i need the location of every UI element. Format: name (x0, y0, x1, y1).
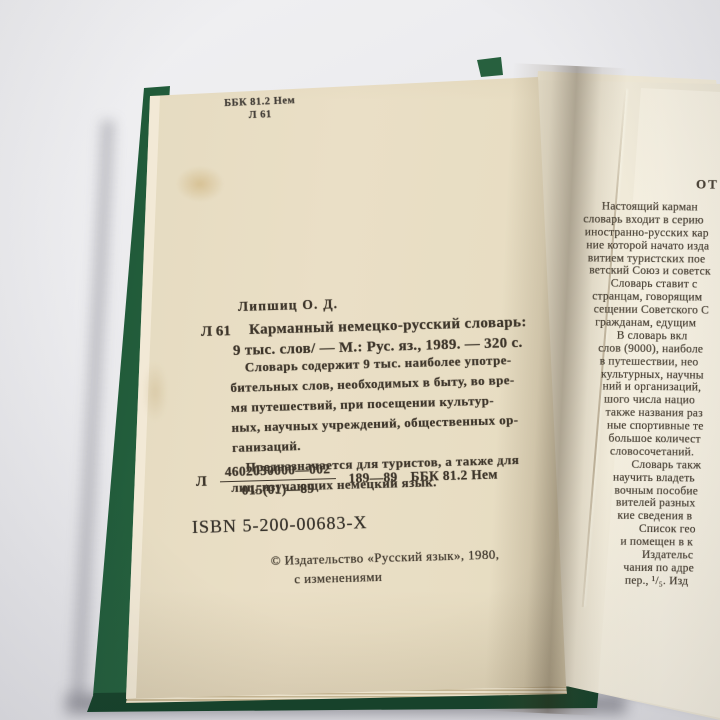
copyright-notice: © Издательство «Русский язык», 1980, с и… (270, 545, 500, 589)
right-page-line: ний и организаций, (603, 381, 720, 395)
right-page-line: словарь входит в серию (583, 213, 720, 227)
page-stain (176, 166, 224, 202)
right-page-line: иностранно-русских кар (585, 226, 720, 240)
right-page-line: шого числа нацио (604, 394, 720, 408)
right-page-line: Словарь такж (631, 459, 720, 473)
entry-label: Л 61 (201, 323, 231, 341)
right-page-line: научить владеть (613, 471, 720, 485)
right-page-line: большое количест (608, 433, 720, 447)
right-page-line: Издательс (642, 549, 720, 563)
right-page-line: в путешествии, нео (600, 355, 720, 369)
right-page-line: Настоящий карман (602, 200, 720, 214)
right-page-line: ветский Союз и советск (589, 265, 720, 279)
author-name: Липшиц О. Д. (238, 296, 339, 315)
annotation-paragraph: Словарь содержит 9 тыс. наиболее употре-… (230, 350, 520, 458)
right-page-line: слов (9000), наиболе (598, 342, 720, 356)
right-page-text: ОТ Настоящий кармансловарь входит в сери… (573, 175, 720, 588)
catalog-prefix: Л (196, 474, 208, 491)
right-page-heading: ОТ (696, 176, 720, 192)
right-page-line: словосочетаний. (610, 446, 720, 460)
right-page-line: Словарь ставит с (611, 278, 720, 292)
catalog-code: 189—89 (348, 469, 397, 486)
right-page-lines: Настоящий кармансловарь входит в сериюин… (573, 200, 720, 588)
catalog-fraction: 4602030000—002 015(01)—89 (220, 461, 336, 499)
right-page-line: пер., ¹/₅. Изд (625, 575, 720, 589)
book-photo: ББК 81.2 Нем Л 61 Липшиц О. Д. Л 61 Карм… (0, 0, 720, 720)
right-page-line: ные спортивные те (607, 420, 720, 434)
right-page-line: гражданам, едущим (595, 316, 720, 330)
library-stamp: ББК 81.2 Нем Л 61 (203, 93, 316, 124)
right-page-line: ние которой начато изда (586, 239, 720, 253)
right-page-line: В словарь вкл (617, 330, 720, 344)
right-page-line: и помещен в к (620, 536, 720, 550)
right-page-line: Список гео (639, 523, 720, 537)
catalog-bbk: ББК 81.2 Нем (410, 466, 498, 484)
page-stain-small (142, 362, 168, 422)
right-page-line: кие сведения в (617, 510, 720, 524)
catalog-denominator: 015(01)—89 (220, 479, 336, 499)
right-page-line: чания по адре (623, 562, 720, 576)
right-page-line: также названия раз (606, 407, 720, 421)
right-page-line: вителей разных (616, 497, 720, 511)
